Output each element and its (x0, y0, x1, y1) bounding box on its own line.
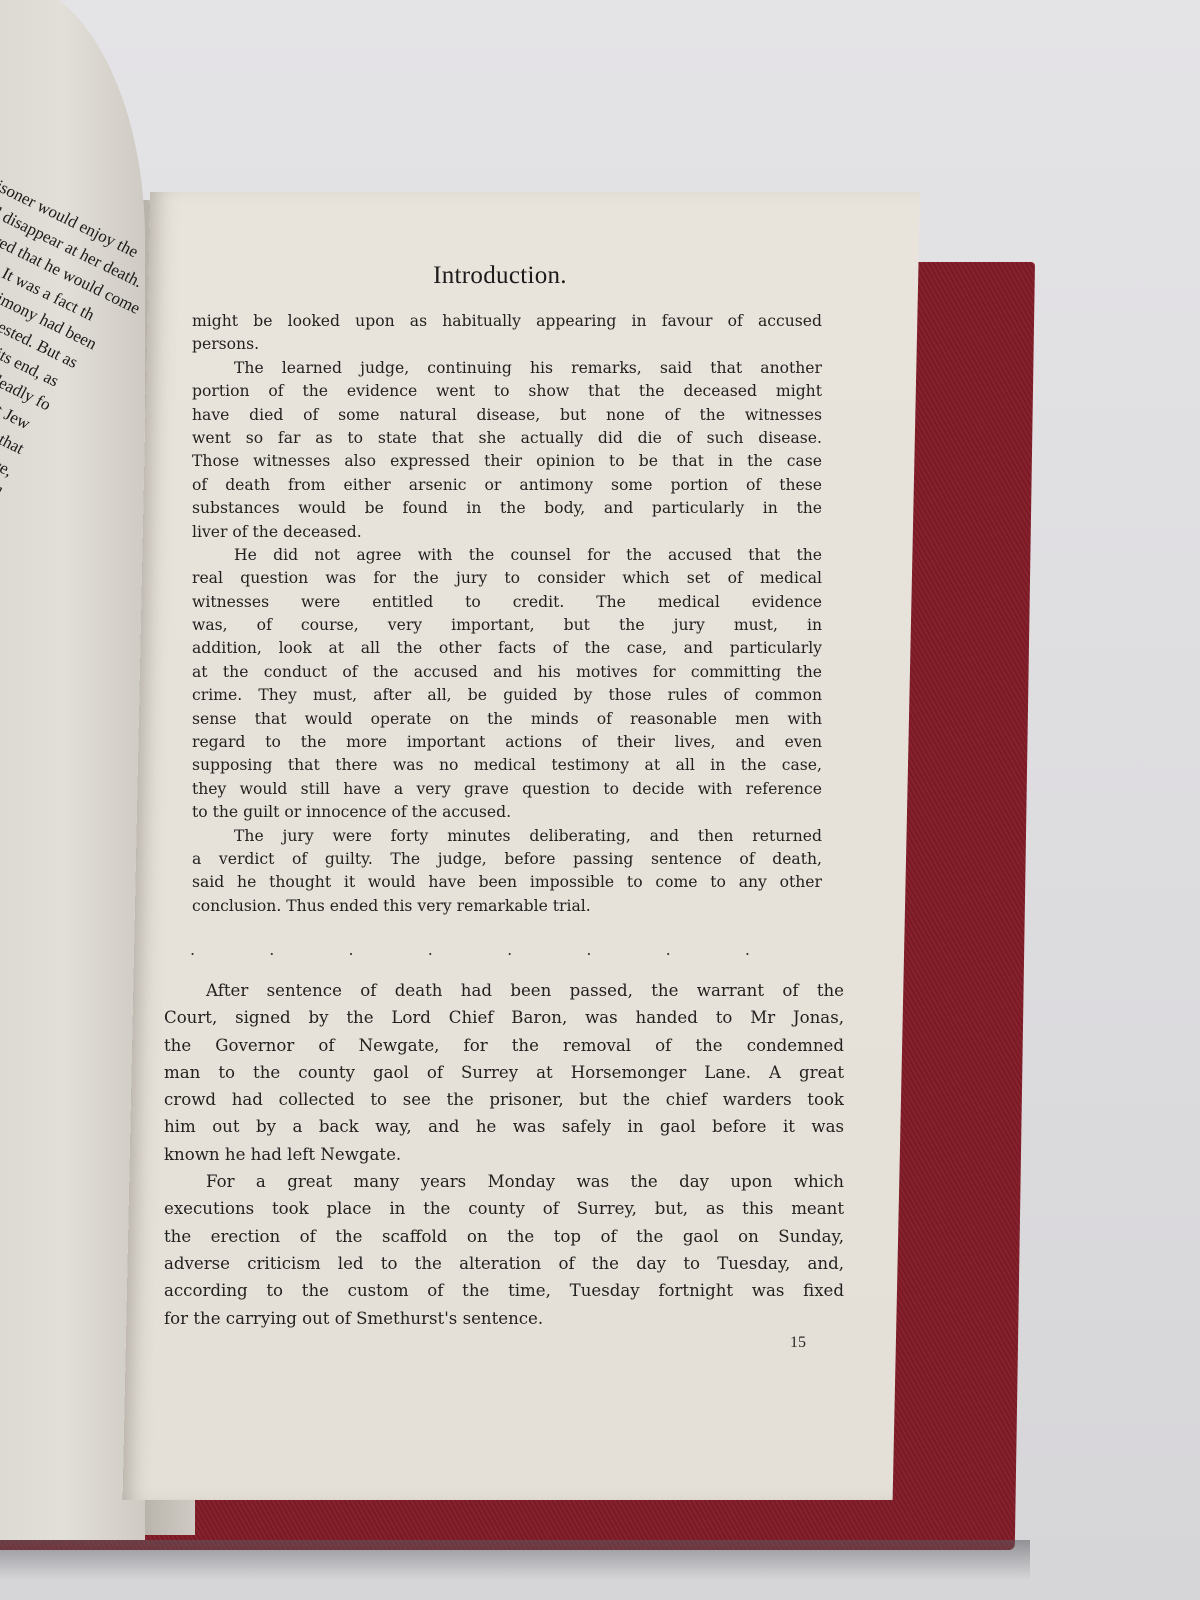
text-line: crowd had collected to see the prisoner,… (164, 1086, 844, 1113)
text-line: persons. (192, 333, 822, 356)
text-line: said he thought it would have been impos… (192, 871, 822, 894)
body-text-top: might be looked upon as habitually appea… (192, 310, 822, 918)
text-line: Those witnesses also expressed their opi… (192, 450, 822, 473)
text-line: crime. They must, after all, be guided b… (192, 684, 822, 707)
text-line: man to the county gaol of Surrey at Hors… (164, 1059, 844, 1086)
separator-dot: . (745, 940, 750, 959)
text-line: witnesses were entitled to credit. The m… (192, 591, 822, 614)
text-line: was, of course, very important, but the … (192, 614, 822, 637)
separator-dot: . (428, 940, 433, 959)
text-line: Court, signed by the Lord Chief Baron, w… (164, 1004, 844, 1031)
text-line: portion of the evidence went to show tha… (192, 380, 822, 403)
text-line: conclusion. Thus ended this very remarka… (192, 895, 822, 918)
text-line: addition, look at all the other facts of… (192, 637, 822, 660)
page-number: 15 (790, 1334, 806, 1352)
right-page: Introduction. might be looked upon as ha… (123, 192, 920, 1500)
text-line: a verdict of guilty. The judge, before p… (192, 848, 822, 871)
text-line: After sentence of death had been passed,… (164, 977, 844, 1004)
text-line: real question was for the jury to consid… (192, 567, 822, 590)
text-line: The learned judge, continuing his remark… (192, 357, 822, 380)
separator-dot: . (666, 940, 671, 959)
left-page-text: the prisoner would enjoy then would disa… (0, 100, 139, 175)
text-line: adverse criticism led to the alteration … (164, 1250, 844, 1277)
text-line: substances would be found in the body, a… (192, 497, 822, 520)
text-line: supposing that there was no medical test… (192, 754, 822, 777)
text-line: have died of some natural disease, but n… (192, 404, 822, 427)
separator-dot: . (507, 940, 512, 959)
book-photo: ethurst. the prisoner would enjoy then w… (0, 0, 1200, 1600)
body-text-bottom: After sentence of death had been passed,… (164, 977, 844, 1332)
text-line: of death from either arsenic or antimony… (192, 474, 822, 497)
text-line: the Governor of Newgate, for the removal… (164, 1032, 844, 1059)
text-line: The jury were forty minutes deliberating… (192, 825, 822, 848)
text-line: at the conduct of the accused and his mo… (192, 661, 822, 684)
left-page-heading: ethurst. (0, 0, 7, 77)
page-title: Introduction. (150, 262, 850, 290)
text-line: regard to the more important actions of … (192, 731, 822, 754)
text-line: went so far as to state that she actuall… (192, 427, 822, 450)
text-line: the erection of the scaffold on the top … (164, 1223, 844, 1250)
text-line: For a great many years Monday was the da… (164, 1168, 844, 1195)
separator-dot: . (269, 940, 274, 959)
separator-dot: . (190, 940, 195, 959)
text-line: they would still have a very grave quest… (192, 778, 822, 801)
separator-dot: . (349, 940, 354, 959)
text-line: according to the custom of the time, Tue… (164, 1277, 844, 1304)
text-line: sense that would operate on the minds of… (192, 708, 822, 731)
separator-dot: . (586, 940, 591, 959)
left-page: ethurst. the prisoner would enjoy then w… (0, 0, 145, 1540)
text-line: might be looked upon as habitually appea… (192, 310, 822, 333)
book-shadow (0, 1540, 1030, 1580)
text-line: executions took place in the county of S… (164, 1195, 844, 1222)
text-line: him out by a back way, and he was safely… (164, 1113, 844, 1140)
text-line: for the carrying out of Smethurst's sent… (164, 1305, 844, 1332)
text-line: He did not agree with the counsel for th… (192, 544, 822, 567)
section-separator: ........ (190, 940, 750, 959)
text-line: to the guilt or innocence of the accused… (192, 801, 822, 824)
text-line: liver of the deceased. (192, 521, 822, 544)
text-line: known he had left Newgate. (164, 1141, 844, 1168)
